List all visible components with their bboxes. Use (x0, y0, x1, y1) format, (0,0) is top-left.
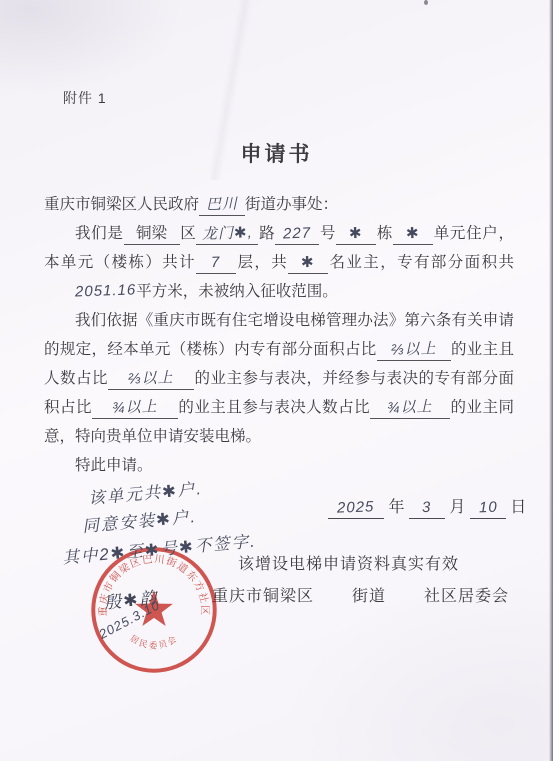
text-district: 区 (180, 225, 197, 242)
month-blank: 3 (409, 498, 445, 519)
floors-blank: 7 (196, 253, 236, 274)
text-road: 路 (258, 225, 275, 242)
floors-handwritten: 7 (211, 253, 221, 273)
year-handwritten: 2025 (337, 497, 375, 518)
attachment-label: 附件 1 (63, 88, 107, 108)
district-blank: 铜梁 (124, 224, 180, 245)
day-handwritten: 10 (478, 498, 497, 519)
authority-district: 重庆市铜梁区 (212, 588, 314, 605)
text-vote-count: 的业主且参与表决人数占比 (178, 399, 370, 416)
vote-ratio-blank: ¾以上 (370, 398, 450, 419)
vote-ratio-handwritten: ¾以上 (387, 397, 433, 419)
day-blank: 10 (470, 498, 506, 519)
area-ratio-handwritten-2: ¾以上 (112, 397, 158, 419)
authority-committee: 社区居委会 (424, 588, 509, 605)
text-floors: 层，共 (236, 254, 288, 271)
day-label: 日 (510, 499, 526, 516)
date-line: 2025 年 3 月 10 日 (328, 494, 526, 519)
area-ratio-blank-2: ¾以上 (92, 398, 178, 419)
document-body: 重庆市铜梁区人民政府巴川街道办事处： 我们是铜梁区龙门✱,路227号✱栋✱单元住… (44, 190, 514, 480)
street-number-handwritten: 227 (283, 224, 312, 245)
salutation-line: 重庆市铜梁区人民政府巴川街道办事处： (44, 190, 514, 219)
scanned-application-document: 附件 1 申请书 重庆市铜梁区人民政府巴川街道办事处： 我们是铜梁区龙门✱,路2… (0, 0, 553, 761)
seal-bottom-text: 居民委员会 (128, 632, 180, 651)
owner-ratio-handwritten: ⅔以上 (128, 368, 174, 390)
svg-text:居民委员会: 居民委员会 (128, 632, 180, 651)
text-we-are: 我们是 (75, 225, 124, 242)
building-redacted: ✱ (349, 224, 363, 244)
certification-authority-line: 重庆市铜梁区街道社区居委会 (212, 583, 509, 606)
unit-blank: ✱ (393, 224, 433, 245)
text-building: 栋 (376, 225, 393, 242)
authority-street: 街道 (352, 588, 386, 605)
road-name-handwritten: 龙门✱, (202, 223, 253, 245)
text-number: 号 (319, 225, 336, 242)
owners-count-redacted: ✱ (301, 253, 315, 273)
text-owners: 名业主，专有部分面积共 (328, 254, 514, 271)
owners-count-blank: ✱ (288, 253, 328, 274)
year-blank: 2025 (328, 498, 384, 519)
salutation-suffix: 街道办事处： (245, 196, 338, 213)
road-name-blank: 龙门✱, (196, 224, 258, 245)
building-blank: ✱ (336, 224, 376, 245)
street-name-blank: 巴川 (199, 195, 245, 216)
year-label: 年 (388, 499, 404, 516)
owner-ratio-blank: ⅔以上 (108, 369, 194, 390)
district-value: 铜梁 (136, 225, 167, 242)
paragraph-legal: 我们依据《重庆市既有住宅增设电梯管理办法》第六条有关申请的规定，经本单元（楼栋）… (44, 306, 514, 451)
month-handwritten: 3 (422, 498, 432, 518)
certification-statement: 该增设电梯申请资料真实有效 (238, 551, 459, 574)
salutation-text: 重庆市铜梁区人民政府 (44, 196, 199, 213)
area-ratio-blank-1: ⅔以上 (377, 340, 451, 361)
scan-speck (424, 0, 428, 5)
paragraph-address: 我们是铜梁区龙门✱,路227号✱栋✱单元住户，本单元（楼栋）共计7层，共✱名业主… (44, 219, 514, 306)
closing-line: 特此申请。 (44, 451, 514, 480)
area-handwritten: 2051.16 (44, 275, 137, 307)
street-number-blank: 227 (275, 224, 319, 245)
area-ratio-handwritten-1: ⅔以上 (391, 339, 437, 361)
document-title: 申请书 (0, 138, 553, 168)
text-area-suffix: 平方米，未被纳入征收范围。 (136, 283, 338, 300)
street-name-handwritten: 巴川 (206, 194, 239, 215)
unit-redacted: ✱ (406, 224, 420, 244)
scan-edge-shadow (549, 0, 553, 761)
month-label: 月 (449, 499, 465, 516)
